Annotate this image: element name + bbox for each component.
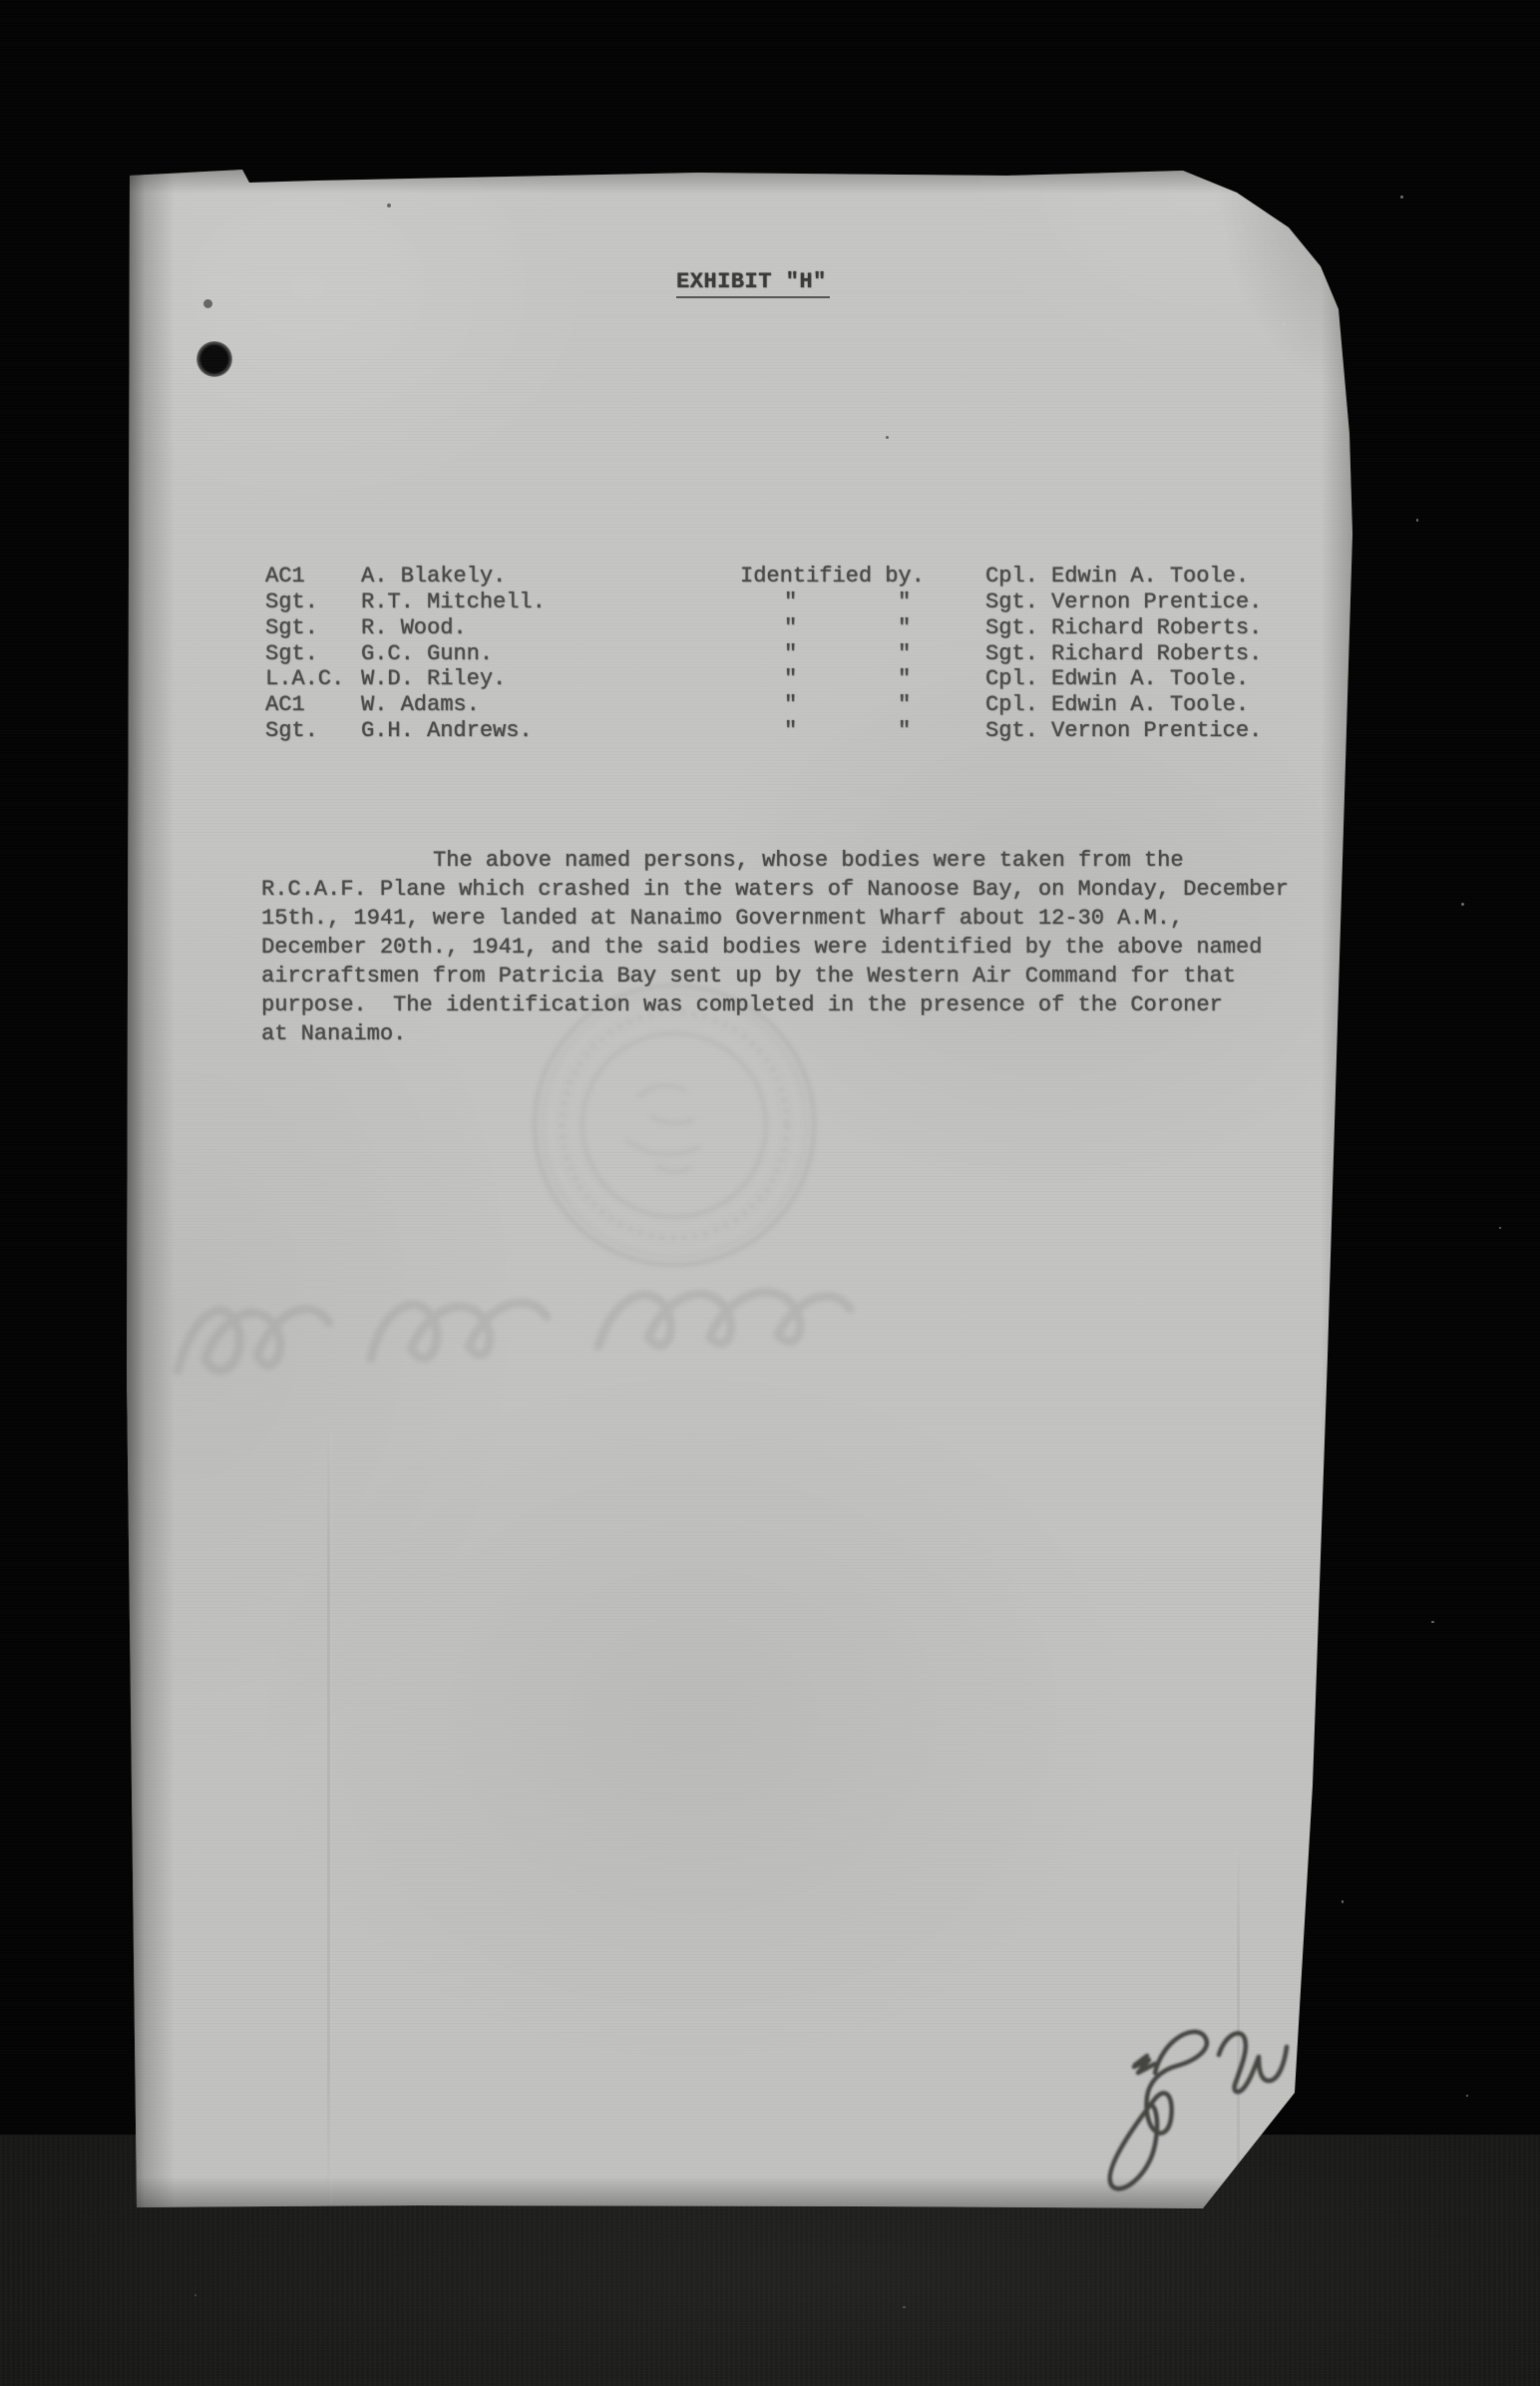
name-cell: A. Blakely.: [361, 565, 506, 589]
table-row: Sgt. R.T. Mitchell. " " Sgt. Vernon Pren…: [0, 591, 1540, 616]
ditto-mark: ": [898, 693, 911, 717]
ditto-mark: ": [784, 719, 797, 743]
ditto-mark: ": [784, 693, 797, 717]
table-row: AC1 W. Adams. " " Cpl. Edwin A. Toole.: [0, 693, 1540, 719]
ditto-mark: ": [784, 642, 797, 666]
table-row: L.A.C. W.D. Riley. " " Cpl. Edwin A. Too…: [0, 667, 1540, 693]
paragraph-line: 15th., 1941, were landed at Nanaimo Gove…: [261, 907, 1183, 931]
ditto-mark: ": [898, 719, 911, 743]
table-row: Sgt. G.C. Gunn. " " Sgt. Richard Roberts…: [0, 642, 1540, 668]
ditto-mark: ": [784, 667, 797, 691]
identified-by-label: Identified by.: [740, 565, 925, 589]
ditto-mark: ": [784, 591, 797, 614]
identifier-cell: Sgt. Richard Roberts.: [985, 616, 1262, 640]
dust-speck: [194, 2294, 196, 2296]
rank-cell: Sgt.: [265, 719, 318, 743]
ditto-mark: ": [898, 642, 911, 666]
name-cell: G.H. Andrews.: [361, 719, 533, 743]
dust-speck: [1499, 1227, 1501, 1229]
name-cell: W. Adams.: [361, 693, 480, 717]
dust-speck: [1416, 519, 1418, 522]
table-row: Sgt. R. Wood. " " Sgt. Richard Roberts.: [0, 616, 1540, 642]
dust-speck: [1461, 903, 1464, 906]
identifier-cell: Cpl. Edwin A. Toole.: [985, 565, 1249, 589]
rank-cell: L.A.C.: [265, 667, 344, 691]
name-cell: G.C. Gunn.: [361, 642, 493, 666]
paper-sheet: EXHIBIT "H" AC1 A. Blakely. Identified b…: [0, 0, 1540, 2386]
dust-speck: [1342, 1900, 1344, 1903]
ditto-mark: ": [898, 591, 911, 614]
name-cell: R.T. Mitchell.: [361, 591, 546, 614]
name-cell: R. Wood.: [361, 616, 467, 640]
identifier-cell: Sgt. Richard Roberts.: [985, 642, 1262, 666]
exhibit-heading: EXHIBIT "H": [676, 270, 830, 298]
ditto-mark: ": [898, 616, 911, 640]
paragraph-line: purpose. The identification was complete…: [261, 994, 1223, 1017]
name-cell: W.D. Riley.: [361, 667, 506, 691]
rank-cell: Sgt.: [265, 616, 318, 640]
scanned-document-page: EXHIBIT "H" AC1 A. Blakely. Identified b…: [0, 0, 1540, 2386]
table-row: Sgt. G.H. Andrews. " " Sgt. Vernon Prent…: [0, 719, 1540, 745]
dust-speck: [1283, 323, 1285, 325]
dust-speck: [903, 2306, 906, 2308]
identifier-cell: Sgt. Vernon Prentice.: [985, 719, 1262, 743]
paragraph-line: December 20th., 1941, and the said bodie…: [261, 936, 1262, 960]
identifier-cell: Cpl. Edwin A. Toole.: [985, 693, 1249, 717]
dust-speck: [1400, 196, 1403, 199]
paragraph-line: R.C.A.F. Plane which crashed in the wate…: [261, 878, 1289, 902]
handwritten-and-embossed-marks: [0, 0, 1540, 2386]
embossed-seal: [535, 986, 814, 1265]
rank-cell: AC1: [265, 693, 305, 717]
rank-cell: Sgt.: [265, 642, 318, 666]
rank-cell: AC1: [265, 565, 305, 589]
identifier-cell: Cpl. Edwin A. Toole.: [985, 667, 1249, 691]
rank-cell: Sgt.: [265, 591, 318, 614]
paragraph-line: aircraftsmen from Patricia Bay sent up b…: [261, 965, 1236, 989]
table-row: AC1 A. Blakely. Identified by. Cpl. Edwi…: [0, 565, 1540, 591]
ditto-mark: ": [898, 667, 911, 691]
dust-speck: [1466, 2095, 1468, 2097]
identifier-cell: Sgt. Vernon Prentice.: [985, 591, 1262, 614]
paragraph-line: at Nanaimo.: [261, 1022, 406, 1046]
dust-speck: [1431, 1621, 1434, 1623]
paragraph-line: The above named persons, whose bodies we…: [433, 849, 1184, 873]
ditto-mark: ": [784, 616, 797, 640]
ink-bleed-through-handwriting: [178, 1293, 850, 1372]
